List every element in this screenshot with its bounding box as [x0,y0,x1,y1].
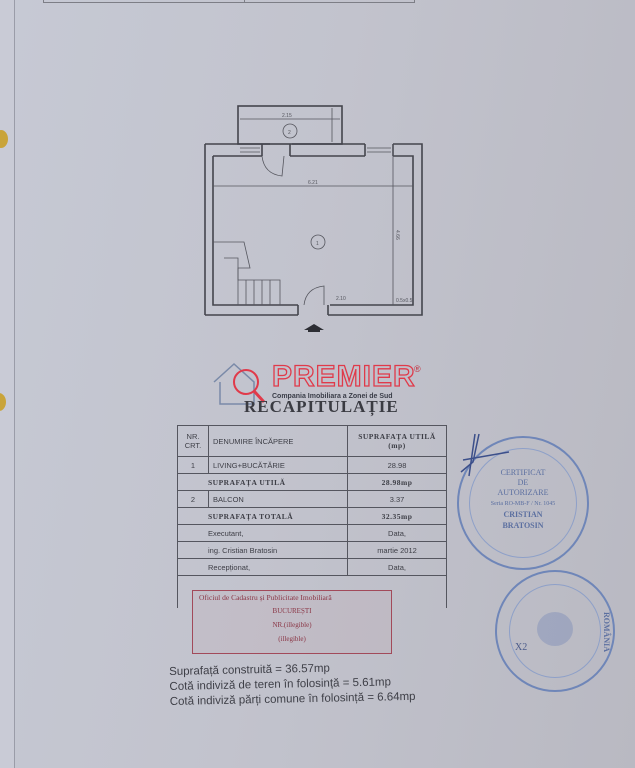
table-row: 2 BALCON 3.37 [178,491,447,508]
ocpi-stamp: Oficiul de Cadastru și Publicitate Imobi… [192,590,392,654]
round-official-stamp: ROMÂNIA X2 [495,570,615,692]
svg-text:2: 2 [288,130,291,136]
table-header-row: NR. CRT. DENUMIRE ÎNCĂPERE SUPRAFAȚA UTI… [178,426,447,457]
binder-hole-top [0,130,8,148]
entrance-arrow-icon [304,324,324,332]
floor-plan: 2.15 2 1 6.21 4.66 2.10 0.5x0.5 [200,100,430,340]
area-notes: Suprafață construită = 36.57mp Cotă indi… [169,660,416,710]
svg-text:2.15: 2.15 [282,113,292,119]
table-signature-row: Recepționat, Data, [178,559,447,576]
svg-text:4.66: 4.66 [394,230,400,240]
previous-table-edge [43,0,415,3]
table-summary-row: SUPRAFAȚA TOTALĂ 32.35mp [178,508,447,525]
binder-hole-bottom [0,393,6,411]
summary-title: RECAPITULAȚIE [244,397,399,417]
svg-text:0.5x0.5: 0.5x0.5 [396,298,413,304]
area-summary-table: NR. CRT. DENUMIRE ÎNCĂPERE SUPRAFAȚA UTI… [177,425,447,608]
table-signature-row: Executant, Data, [178,525,447,542]
table-summary-row: SUPRAFAȚA UTILĂ 28.98mp [178,474,447,491]
certificate-stamp: CERTIFICAT DE AUTORIZARE Seria RO-MB-F /… [457,436,589,570]
svg-text:2.10: 2.10 [336,296,346,302]
table-row: 1 LIVING+BUCĂTĂRIE 28.98 [178,457,447,474]
svg-text:6.21: 6.21 [308,180,318,186]
signature-mark [453,432,513,482]
svg-text:1: 1 [316,241,319,247]
coat-of-arms-icon [537,612,573,646]
table-signature-row: ing. Cristian Bratosin martie 2012 [178,542,447,559]
